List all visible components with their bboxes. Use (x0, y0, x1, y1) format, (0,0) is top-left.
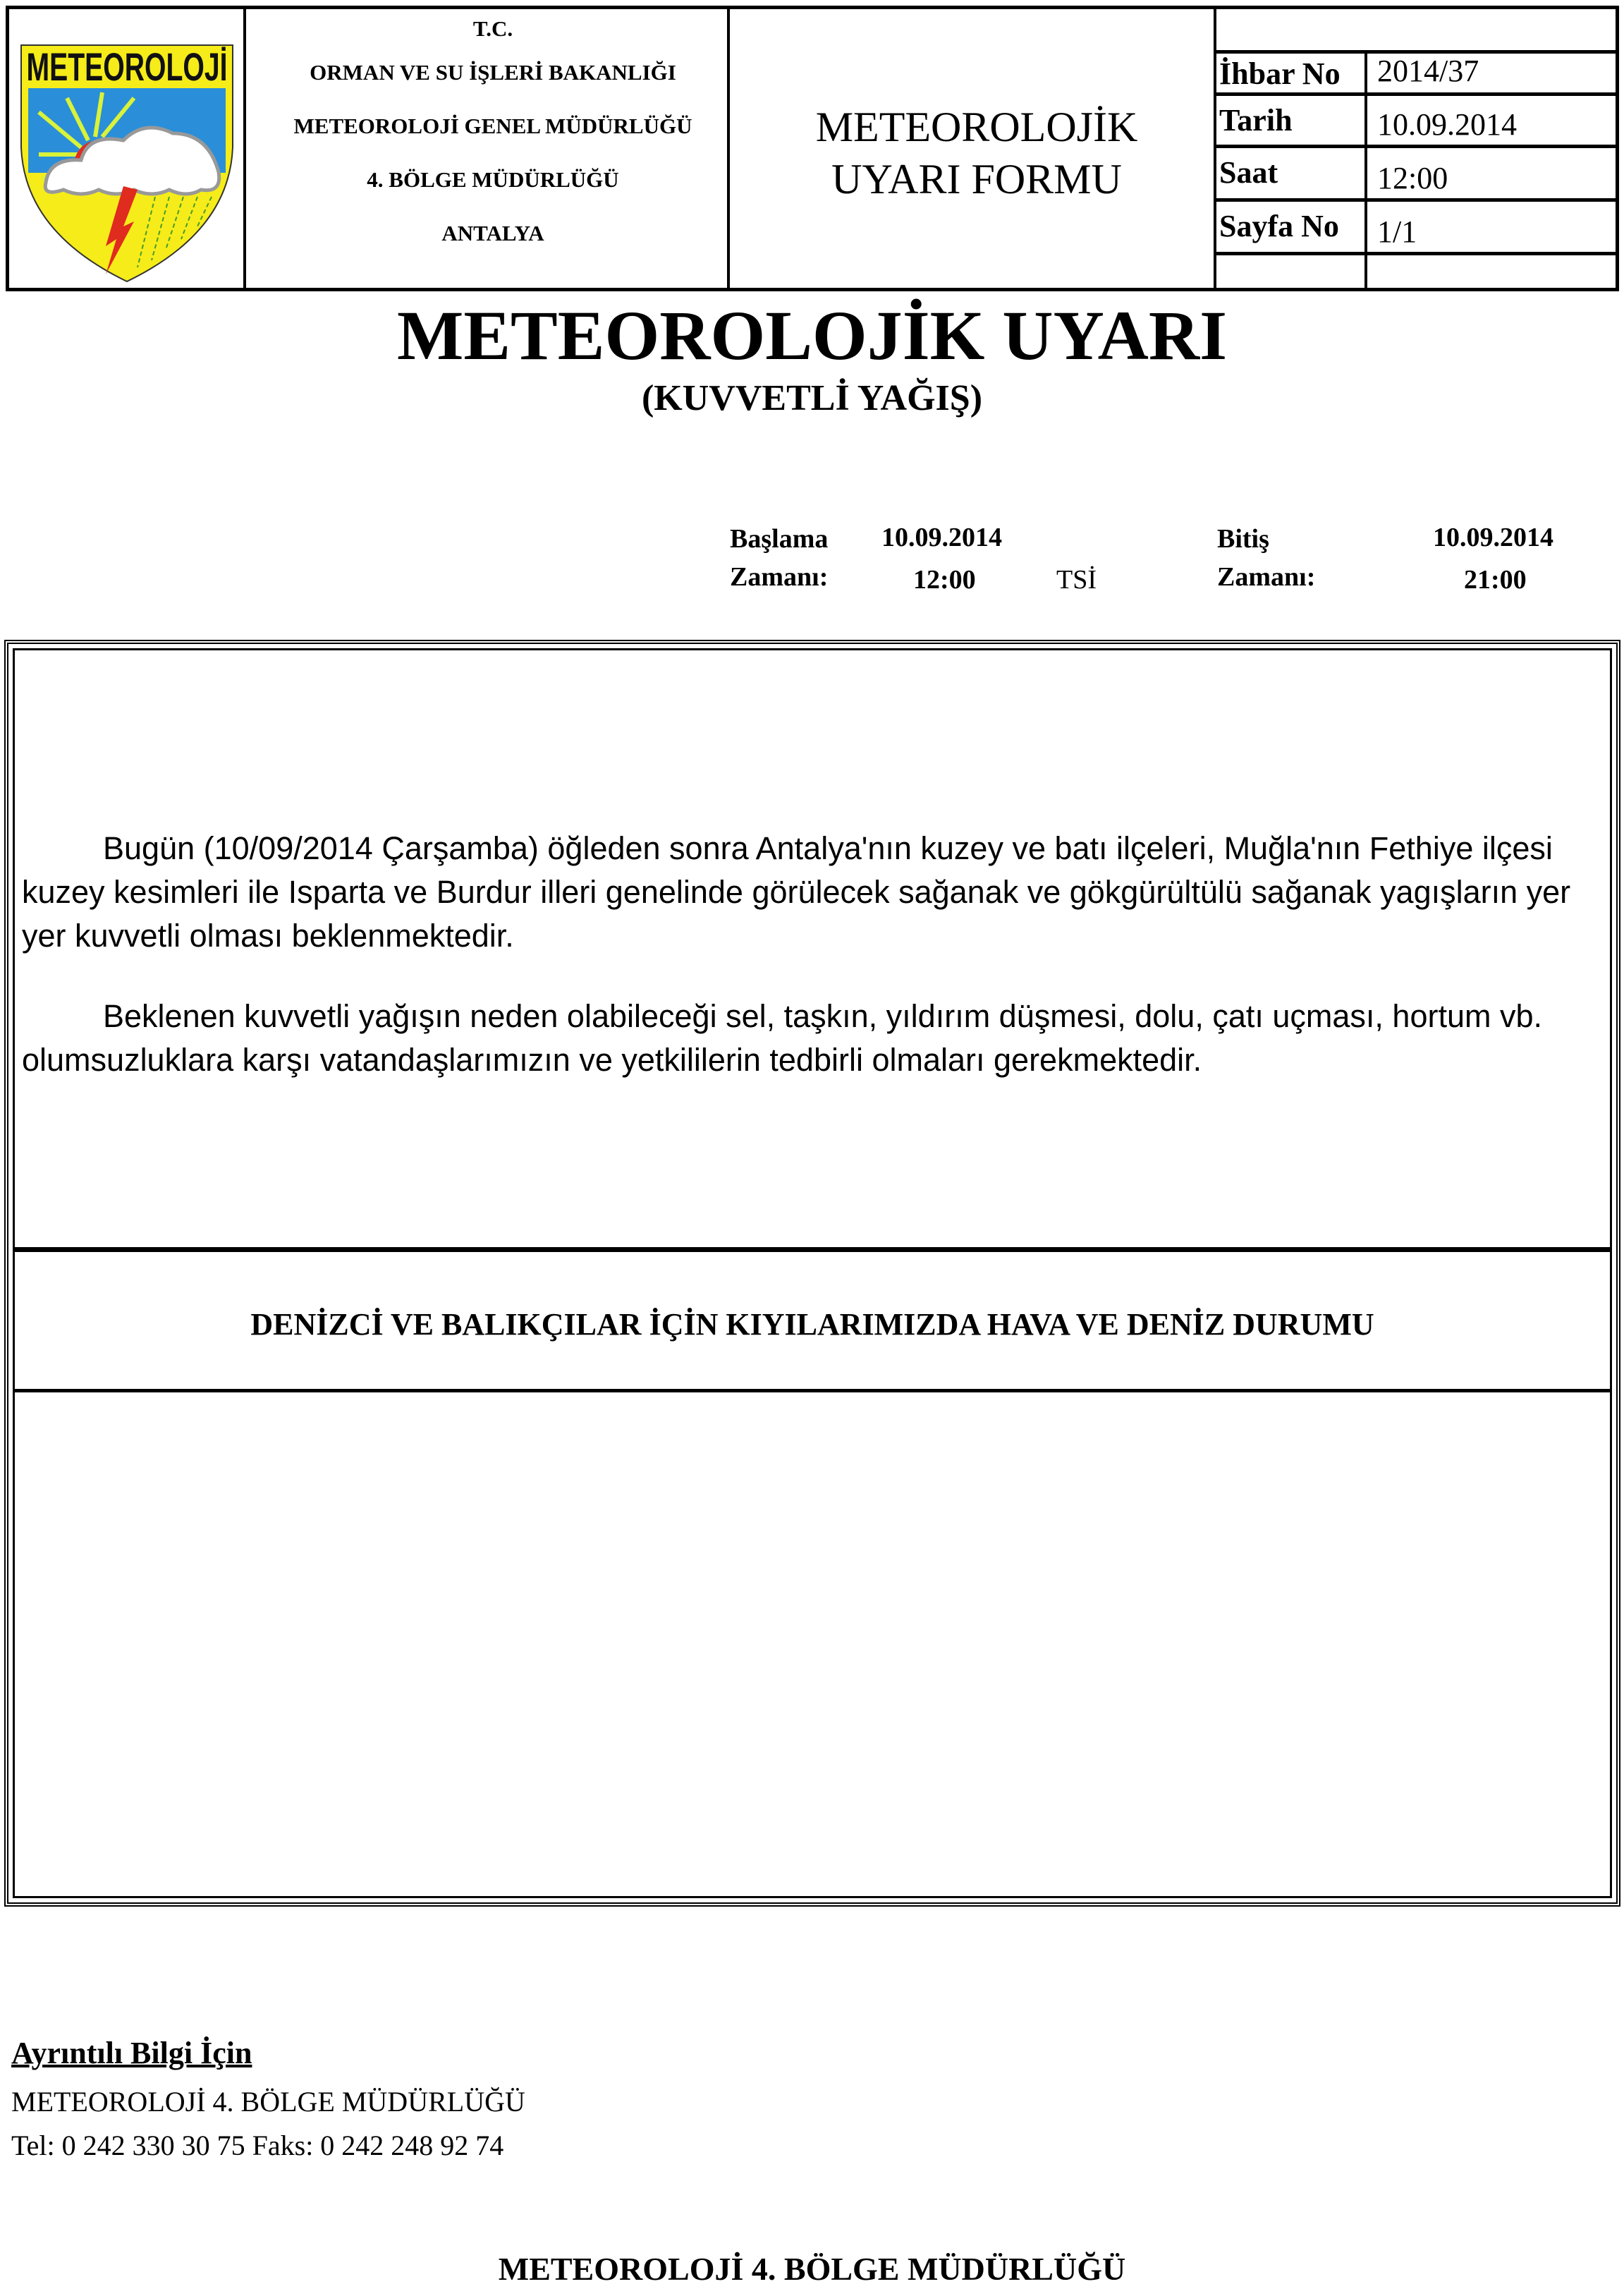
end-label: Bitiş (1217, 523, 1269, 554)
timezone-label: TSİ (1056, 564, 1097, 595)
section-divider (15, 1389, 1610, 1392)
divider (243, 9, 246, 288)
warning-paragraph: Bugün (10/09/2014 Çarşamba) öğleden sonr… (22, 827, 1623, 958)
start-date: 10.09.2014 (881, 522, 1002, 553)
org-line: T.C. (252, 16, 733, 42)
contact-heading: Ayrıntılı Bilgi İçin (11, 2035, 252, 2071)
form-header-table: METEOROLOJİ T.C. ORMAN VE SU İŞLERİ BAKA… (6, 6, 1619, 291)
start-label: Zamanı: (730, 561, 828, 593)
marine-heading: DENİZCİ VE BALIKÇILAR İÇİN KIYILARIMIZDA… (15, 1306, 1610, 1342)
org-line: ORMAN VE SU İŞLERİ BAKANLIĞI (252, 60, 733, 85)
divider (1214, 92, 1616, 96)
start-label: Başlama (730, 523, 828, 554)
section-divider (15, 1247, 1610, 1252)
warning-paragraph: Beklenen kuvvetli yağışın neden olabilec… (22, 995, 1623, 1082)
org-line: METEOROLOJİ GENEL MÜDÜRLÜĞÜ (252, 114, 733, 139)
page-title: METEOROLOJİK UYARI (0, 295, 1624, 376)
contact-org: METEOROLOJİ 4. BÖLGE MÜDÜRLÜĞÜ (11, 2085, 525, 2118)
end-time: 21:00 (1464, 564, 1527, 595)
page-subtitle: (KUVVETLİ YAĞIŞ) (0, 377, 1624, 419)
end-date: 10.09.2014 (1433, 522, 1553, 553)
info-value-saat: 12:00 (1377, 160, 1448, 196)
divider (1214, 145, 1616, 148)
warning-box: Bugün (10/09/2014 Çarşamba) öğleden sonr… (4, 640, 1620, 1907)
meteoroloji-logo-icon: METEOROLOJİ (18, 42, 236, 285)
info-label-sayfa: Sayfa No (1219, 208, 1339, 244)
start-time: 12:00 (913, 564, 976, 595)
info-value-tarih: 10.09.2014 (1377, 107, 1517, 142)
end-label: Zamanı: (1217, 561, 1315, 593)
signature: METEOROLOJİ 4. BÖLGE MÜDÜRLÜĞÜ (0, 2250, 1624, 2288)
divider (1214, 198, 1616, 202)
info-label-ihbar: İhbar No (1219, 56, 1341, 92)
svg-text:METEOROLOJİ: METEOROLOJİ (27, 44, 228, 89)
form-title: METEOROLOJİK UYARI FORMU (733, 101, 1220, 205)
org-line: ANTALYA (252, 221, 733, 246)
org-line: 4. BÖLGE MÜDÜRLÜĞÜ (252, 167, 733, 193)
form-title-line: UYARI FORMU (733, 153, 1220, 205)
info-value-ihbar: 2014/37 (1377, 53, 1479, 89)
warning-box-inner: Bugün (10/09/2014 Çarşamba) öğleden sonr… (13, 648, 1612, 1898)
info-value-sayfa: 1/1 (1377, 214, 1417, 250)
contact-phone: Tel: 0 242 330 30 75 Faks: 0 242 248 92 … (11, 2129, 503, 2162)
info-label-tarih: Tarih (1219, 102, 1293, 138)
divider (1214, 252, 1616, 255)
info-label-saat: Saat (1219, 154, 1278, 190)
form-title-line: METEOROLOJİK (733, 101, 1220, 153)
divider (1364, 50, 1367, 288)
